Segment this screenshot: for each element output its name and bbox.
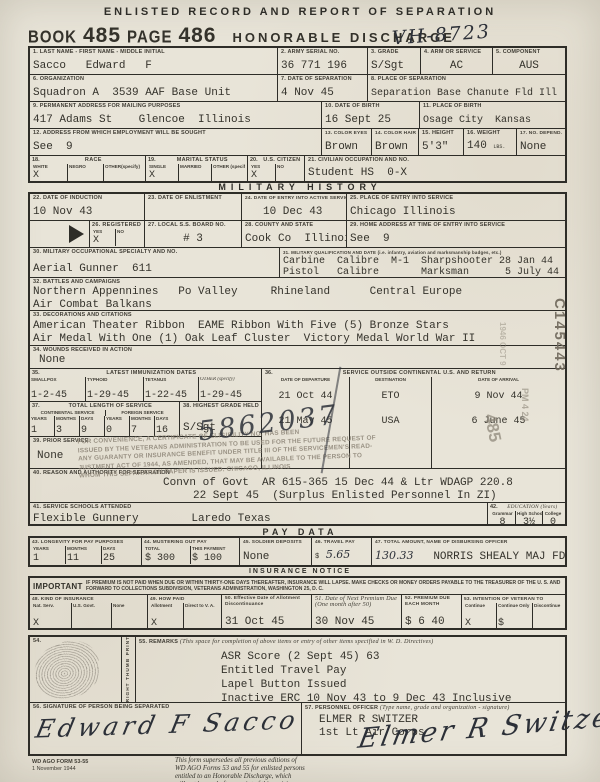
destination-2: USA [351,416,430,427]
field-reason-separation: 40. REASON AND AUTHORITY FOR SEPARATIONC… [30,469,565,502]
field-label: 22. DATE OF INDUCTION [33,195,141,202]
longevity-cols: YEARS1 MONTHS11 DAYS25 [32,546,139,564]
field-label: 24. DATE OF ENTRY INTO ACTIVE SERVICE [245,195,343,202]
field-label: 53. INTENTION OF VETERAN TO [464,596,563,603]
option-label: OTHER (specify) [213,164,244,170]
field-remarks: 55. REMARKS (This space for completion o… [136,637,565,702]
how-paid-options: AllotmentX Direct to V. A. [150,603,219,629]
field-value: None [243,551,308,564]
field-date-induction: 22. DATE OF INDUCTION10 Nov 43 [30,194,145,220]
service-outside-cols: DATE OF DEPARTURE21 Oct 4421 May 45 DEST… [262,377,565,468]
field-label: 2. ARMY SERIAL NO. [281,49,364,56]
disbursing-officer: NORRIS SHEALY MAJ FD [433,551,565,563]
field-date-birth: 10. DATE OF BIRTH16 Sept 25 [322,102,420,128]
col-other: OTHER (specify)1-29-45 [199,377,261,401]
field-value-line2: Air Combat Balkans [33,299,562,310]
race-options: WHITEX NEGRO OTHER(specify) [32,164,143,181]
remark-line: ASR Score (2 Sept 45) 63 [221,651,379,663]
field-label: 19.MARITAL STATUS [148,157,245,164]
immunization-cols: SMALLPOX1-2-45 TYPHOID1-29-45 TETANUS1-2… [30,377,261,401]
field-eyes: 13. COLOR EYESBrown [322,129,372,155]
citizen-options: YESX NO [250,164,302,181]
form-row: 48. KIND OF INSURANCE Nat. Serv.X U.S. G… [30,595,565,630]
col-value: 11 [67,553,100,564]
field-number: 20. [250,157,258,164]
field-county-state: 28. COUNTY AND STATECook Co Illinois [242,221,347,247]
option-label: Nat. Serv. [33,603,70,609]
option-label: Continue Only [498,603,531,609]
important-label: IMPORTANT [30,582,86,591]
col-college: College0 [543,511,563,526]
field-value: AC [450,60,463,73]
field-local-board: 27. LOCAL S.S. BOARD NO.# 3 [145,221,242,247]
field-value: 4 Nov 45 [281,87,364,100]
field-mos: 30. MILITARY OCCUPATIONAL SPECIALTY AND … [30,248,280,277]
col-days: DAYS25 [102,546,139,564]
field-label: 56. SIGNATURE OF PERSON BEING SEPARATED [33,704,298,711]
field-next-premium-due: 51. Date of Next Premium Due (One month … [312,595,402,630]
total-amount: 130.33 [375,549,414,562]
field-value: Separation Base Chanute Fld Ill [371,87,562,100]
form-date: 1 November 1944 [32,766,76,772]
col-value: 0 [544,517,562,526]
col-total: TOTAL$ 300 [144,546,191,564]
field-place-entry: 25. PLACE OF ENTRY INTO SERVICEChicago I… [347,194,565,220]
footer-note-line: WD AGO Forms 53 and 55 for enlisted pers… [175,765,305,772]
field-label: 29. HOME ADDRESS AT TIME OF ENTRY INTO S… [350,222,562,229]
field-label: 43. LONGEVITY FOR PAY PURPOSES [32,539,139,546]
option-no: NO [116,229,142,246]
col-months: MONTHS3 [55,416,80,436]
section-military-history: MILITARY HISTORY [0,182,600,192]
field-qualifications: 31. MILITARY QUALIFICATION AND DATE (i.e… [280,248,565,277]
field-value: # 3 [183,233,203,246]
thumb-label-strip: RIGHT THUMB PRINT [122,637,136,702]
field-date-active-service: 24. DATE OF ENTRY INTO ACTIVE SERVICE10 … [242,194,347,220]
field-value: $ 6 40 [405,616,458,629]
col-head: YEARS [33,546,64,552]
field-place-birth: 11. PLACE OF BIRTHOsage City Kansas [420,102,565,128]
field-title: U.S. CITIZEN [262,157,302,164]
option-mark: X [251,170,274,181]
col-head: SMALLPOX [31,377,84,383]
field-total-length-service: 37.TOTAL LENGTH OF SERVICE CONTINENTAL S… [30,402,180,436]
remark-line: Inactive ERC 10 Nov 43 to 9 Dec 43 Inclu… [221,693,511,702]
field-label: 11. PLACE OF BIRTH [423,103,562,110]
option-continue-only: Continue Only$ [497,603,533,629]
col-years-f: YEARS0 [105,416,130,436]
field-soldier-deposits: 45. SOLDIER DEPOSITSNone [240,538,312,565]
field-value: 10 Nov 43 [33,206,141,219]
field-label: 34. WOUNDS RECEIVED IN ACTION [33,347,562,354]
col-days-f: DAYS16 [155,416,179,436]
col-value: 7 [131,425,153,436]
field-value: Osage City Kansas [423,114,562,127]
col-head: TOTAL [145,546,189,552]
field-title: RACE [44,157,143,164]
field-citizen: 20.U.S. CITIZEN YESX NO [248,156,305,181]
field-grade: 3. GRADES/Sgt [368,48,421,74]
field-label: 32. BATTLES AND CAMPAIGNS [33,279,562,286]
option-white: WHITEX [32,164,68,181]
field-education: 42.EDUCATION (Years) Grammar8 High Schoo… [488,503,565,526]
col-head: TYPHOID [87,377,142,383]
option-label: U.S. Govt. [73,603,110,609]
option-nat-serv: Nat. Serv.X [32,603,72,629]
thumb-label: RIGHT THUMB PRINT [126,636,131,702]
field-premium-due: 52. PREMIUM DUE EACH MONTH$ 6 40 [402,595,462,630]
field-value: 36 771 196 [281,60,364,73]
field-label: 40. REASON AND AUTHORITY FOR SEPARATION [33,470,562,477]
col-arrival: DATE OF ARRIVAL9 Nov 446 June 45 [432,377,565,468]
departure-1: 21 Oct 44 [263,391,348,402]
option-other-race: OTHER(specify) [104,164,143,181]
form-row: 41. SERVICE SCHOOLS ATTENDEDFlexible Gun… [30,503,565,526]
remark-line: Entitled Travel Pay [221,665,346,677]
field-total-amount: 47. TOTAL AMOUNT, NAME OF DISBURSING OFF… [372,538,565,565]
option-us-govt: U.S. Govt. [72,603,112,629]
col-days: DAYS9 [80,416,105,436]
option-label: Allotment [151,603,182,609]
field-value-line1: Carbine Calibre M-1 Sharpshooter 28 Jan … [283,256,562,267]
form-row: 30. MILITARY OCCUPATIONAL SPECIALTY AND … [30,248,565,278]
option-direct-va: Direct to V. A. [184,603,219,629]
remark-line: Lapel Button Issued [221,679,346,691]
field-value-line1: American Theater Ribbon EAME Ribbon With… [33,320,562,333]
field-label: 27. LOCAL S.S. BOARD NO. [148,222,238,229]
field-date-enlistment: 23. DATE OF ENLISTMENT [145,194,242,220]
col-value: 0 [106,425,128,436]
education-cols: Grammar8 High School3½ College0 [490,511,563,526]
option-yes: YESX [92,229,116,246]
option-mark: X [465,618,495,629]
option-allotment: AllotmentX [150,603,184,629]
field-label: 12. ADDRESS FROM WHICH EMPLOYMENT WILL B… [33,130,318,137]
col-value: 8 [491,517,514,526]
field-service-schools: 41. SERVICE SCHOOLS ATTENDEDFlexible Gun… [30,503,488,526]
field-label: 41. SERVICE SCHOOLS ATTENDED [33,504,484,511]
option-label: None [113,603,144,609]
col-head: THIS PAYMENT [192,546,236,552]
field-value: $ 5.65 [315,548,368,564]
field-label: 45. SOLDIER DEPOSITS [243,539,308,546]
field-value: Aerial Gunner 611 [33,263,276,276]
form-row: 9. PERMANENT ADDRESS FOR MAILING PURPOSE… [30,102,565,129]
currency-sign: $ [315,553,319,561]
col-value: 25 [103,553,138,564]
col-value: $ 300 [145,553,189,564]
field-place-separation: 8. PLACE OF SEPARATIONSeparation Base Ch… [368,75,565,101]
field-number: 36. [265,370,273,377]
departure-2: 21 May 45 [263,416,348,427]
field-permanent-address: 9. PERMANENT ADDRESS FOR MAILING PURPOSE… [30,102,322,128]
field-value-line1: Northern Appennines Po Valley Rhineland … [33,286,562,299]
field-employment-address: 12. ADDRESS FROM WHICH EMPLOYMENT WILL B… [30,129,322,155]
page-number: 486 [178,24,216,48]
field-value: 140 LBS. [467,140,513,154]
field-organization: 6. ORGANIZATIONSquadron A 3539 AAF Base … [30,75,278,101]
field-title: EDUCATION (Years) [502,504,563,511]
field-kind-insurance: 48. KIND OF INSURANCE Nat. Serv.X U.S. G… [30,595,148,630]
field-battles-campaigns: 32. BATTLES AND CAMPAIGNSNorthern Appenn… [30,278,565,310]
section-insurance: INSURANCE NOTICE [0,568,600,575]
option-other-marital: OTHER (specify) [212,164,245,181]
col-head: TETANUS [145,377,197,383]
field-prior-service: 39. PRIOR SERVICENone [30,437,261,468]
field-label: 10. DATE OF BIRTH [325,103,416,110]
col-this-payment: THIS PAYMENT$ 100 [191,546,237,564]
document-subtitle-row: BOOK 485 PAGE 486 HONORABLE DISCHARGE [28,24,455,48]
form-row: 32. BATTLES AND CAMPAIGNSNorthern Appenn… [30,278,565,311]
field-value: S/Sgt [371,60,417,73]
field-title: LATEST IMMUNIZATION DATES [44,370,259,377]
destination-1: ETO [351,391,430,402]
field-label: 17. NO. DEPEND. [520,130,562,137]
field-weight: 16. WEIGHT140 LBS. [464,129,517,155]
option-mark: $ [498,618,531,629]
marital-options: SINGLEX MARRIED OTHER (specify) [148,164,245,181]
field-label: 14. COLOR HAIR [375,130,415,137]
col-value: 1 [33,553,64,564]
travel-pay-amount: 5.65 [326,548,351,561]
col-months-f: MONTHS7 [130,416,155,436]
officer-name: ELMER R SWITZER [305,714,562,727]
col-value: 9 [81,425,103,436]
field-registered: 26. REGISTERED YESX NO [90,221,145,247]
field-value: None [33,354,562,367]
col-departure: DATE OF DEPARTURE21 Oct 4421 May 45 [262,377,350,468]
col-head: DATE OF DEPARTURE [263,377,348,383]
military-history-block: 22. DATE OF INDUCTION10 Nov 43 23. DATE … [28,192,567,526]
field-hair: 14. COLOR HAIRBrown [372,129,419,155]
form-row: 6. ORGANIZATIONSquadron A 3539 AAF Base … [30,75,565,102]
option-label: NO [277,164,301,170]
service-cols: YEARS1 MONTHS3 DAYS9 YEARS0 MONTHS7 DAYS… [30,416,179,436]
col-value: $ 100 [192,553,236,564]
col-head: YEARS [31,416,53,422]
field-label: 18.RACE [32,157,143,164]
field-label: 6. ORGANIZATION [33,76,274,83]
footer-note: This form supersedes all previous editio… [175,757,305,782]
field-title: 26. REGISTERED [92,222,142,229]
col-typhoid: TYPHOID1-29-45 [86,377,144,401]
field-label: 25. PLACE OF ENTRY INTO SERVICE [350,195,562,202]
field-allotment-discontinuance: 50. Effective Date of Allotment Disconti… [222,595,312,630]
col-months: MONTHS11 [66,546,102,564]
field-label: 1. LAST NAME - FIRST NAME - MIDDLE INITI… [33,49,274,56]
col-head: MONTHS [67,546,100,552]
field-home-address-entry: 29. HOME ADDRESS AT TIME OF ENTRY INTO S… [347,221,565,247]
col-highschool: High School3½ [516,511,543,526]
field-longevity: 43. LONGEVITY FOR PAY PURPOSES YEARS1 MO… [30,538,142,565]
page-label: PAGE [127,28,172,48]
left-column: 35.LATEST IMMUNIZATION DATES SMALLPOX1-2… [30,369,262,468]
insurance-block: IMPORTANT IF PREMIUM IS NOT PAID WHEN DU… [28,576,567,630]
field-label: 49. HOW PAID [150,596,219,603]
signatures-row: 56. SIGNATURE OF PERSON BEING SEPARATED … [30,703,565,755]
col-value: 3 [56,425,78,436]
field-height: 15. HEIGHT5'3" [419,129,464,155]
remarks-label: 55. REMARKS [139,639,178,645]
option-mark: X [33,170,66,181]
option-label: Discontinue [534,603,562,609]
important-text: IF PREMIUM IS NOT PAID WHEN DUE OR WITHI… [86,580,565,592]
option-mark: X [149,170,177,181]
option-mark: X [151,618,182,629]
col-head: DAYS [103,546,138,552]
field-label: 4. ARM OR SERVICE [424,49,489,56]
field-label: 16. WEIGHT [467,130,513,137]
col-value: 1 [31,425,53,436]
selective-service-cell [30,221,90,247]
field-label: 36.SERVICE OUTSIDE CONTINENTAL U.S. AND … [262,369,565,377]
field-label: 55. REMARKS (This space for completion o… [139,638,562,646]
field-travel-pay: 46. TRAVEL PAY$ 5.65 [312,538,372,565]
pay-data-block: 43. LONGEVITY FOR PAY PURPOSES YEARS1 MO… [28,536,567,567]
field-label: 57. PERSONNEL OFFICER (Type name, grade … [305,704,562,712]
field-highest-grade: 38. HIGHEST GRADE HELDS/Sgt [180,402,261,436]
field-number: 35. [32,370,40,377]
field-value: Student HS 0-X [308,167,562,180]
field-value-line1: Convn of Govt AR 615-365 15 Dec 44 & Ltr… [163,477,513,490]
field-label: 50. Effective Date of Allotment Disconti… [225,596,308,607]
form-row: 40. REASON AND AUTHORITY FOR SEPARATIONC… [30,469,565,503]
field-title: SERVICE OUTSIDE CONTINENTAL U.S. AND RET… [277,370,562,377]
officer-label: 57. PERSONNEL OFFICER [305,705,378,711]
field-value: Brown [375,141,415,154]
option-mark: X [93,235,114,246]
col-head: DAYS [81,416,103,422]
field-dependents: 17. NO. DEPEND.None [517,129,565,155]
form-row: 22. DATE OF INDUCTION10 Nov 43 23. DATE … [30,194,565,221]
col-head: DAYS [156,416,178,422]
field-number: 37. [32,403,40,410]
col-head: DESTINATION [351,377,430,383]
col-years: YEARS1 [32,546,66,564]
field-value: Flexible Gunnery Laredo Texas [33,513,484,526]
field-value: 30 Nov 45 [315,616,398,629]
col-years: YEARS1 [30,416,55,436]
field-wounds: 34. WOUNDS RECEIVED IN ACTIONNone [30,346,565,368]
field-service-outside-us: 36.SERVICE OUTSIDE CONTINENTAL U.S. AND … [262,369,565,468]
col-head: YEARS [106,416,128,422]
field-label: 47. TOTAL AMOUNT, NAME OF DISBURSING OFF… [375,539,562,546]
col-smallpox: SMALLPOX1-2-45 [30,377,86,401]
arrow-right-icon [69,225,84,243]
footer-note-line: This form supersedes all previous editio… [175,757,297,764]
option-label: Continue [465,603,495,609]
option-yes: YESX [250,164,276,181]
field-label: 28. COUNTY AND STATE [245,222,343,229]
field-label: 39. PRIOR SERVICE [33,438,258,445]
arrival-2: 6 June 45 [433,416,564,427]
field-title: TOTAL LENGTH OF SERVICE [44,403,177,410]
field-arm-service: 4. ARM OR SERVICEAC [421,48,493,74]
field-signature-separated: 56. SIGNATURE OF PERSON BEING SEPARATED [30,703,302,755]
field-label: 44. MUSTERING OUT PAY [144,539,237,546]
insurance-kind-options: Nat. Serv.X U.S. Govt. None [32,603,145,629]
option-married: MARRIED [179,164,212,181]
field-value: See 9 [33,141,318,154]
field-value: See 9 [350,233,562,246]
option-label: MARRIED [180,164,210,170]
field-date-separation: 7. DATE OF SEPARATION4 Nov 45 [278,75,368,101]
service-length-row: 37.TOTAL LENGTH OF SERVICE CONTINENTAL S… [30,402,261,437]
option-mark: X [33,618,70,629]
insurance-important-row: IMPORTANT IF PREMIUM IS NOT PAID WHEN DU… [30,578,565,595]
field-value: 16 Sept 25 [325,114,416,127]
form-row: 34. WOUNDS RECEIVED IN ACTIONNone [30,346,565,369]
field-label: 8. PLACE OF SEPARATION [371,76,562,83]
field-label: 46. TRAVEL PAY [315,539,368,546]
option-label: NO [117,229,141,235]
option-negro: NEGRO [68,164,104,181]
field-label: 26. REGISTERED [92,222,142,229]
field-value: S/Sgt [183,422,258,435]
field-immunization: 35.LATEST IMMUNIZATION DATES SMALLPOX1-2… [30,369,261,402]
col-tetanus: TETANUS1-22-45 [144,377,199,401]
field-value-line2: 22 Sept 45 (Surplus Enlisted Personnel I… [193,490,497,502]
field-marital-status: 19.MARITAL STATUS SINGLEX MARRIED OTHER … [146,156,248,181]
field-number: 18. [32,157,40,164]
field-value: 130.33 NORRIS SHEALY MAJ FD [375,549,562,564]
field-civilian-occupation: 21. CIVILIAN OCCUPATION AND NO.Student H… [305,156,565,181]
registered-options: YESX NO [92,229,142,246]
field-label: 20.U.S. CITIZEN [250,157,302,164]
field-label: 31. MILITARY QUALIFICATION AND DATE (i.e… [283,249,562,256]
field-label: 23. DATE OF ENLISTMENT [148,195,238,202]
officer-grade: 1st Lt Air Corps [305,727,562,740]
subtitle: HONORABLE DISCHARGE [233,30,455,45]
field-label: 42.EDUCATION (Years) [490,504,563,511]
field-label: 5. COMPONENT [496,49,562,56]
discharge-document: ENLISTED RECORD AND REPORT OF SEPARATION… [0,0,600,782]
form-row: 26. REGISTERED YESX NO 27. LOCAL S.S. BO… [30,221,565,248]
arrival-1: 9 Nov 44 [433,391,564,402]
form-row: 33. DECORATIONS AND CITATIONSAmerican Th… [30,311,565,346]
col-value: 16 [156,425,178,436]
form-row-composite: 35.LATEST IMMUNIZATION DATES SMALLPOX1-2… [30,369,565,469]
field-value: 31 Oct 45 [225,616,308,629]
field-label: 35.LATEST IMMUNIZATION DATES [30,369,261,377]
field-race: 18.RACE WHITEX NEGRO OTHER(specify) [30,156,146,181]
field-value: 10 Dec 43 [245,206,343,219]
option-none: None [112,603,145,629]
field-value: None [520,141,562,154]
form-number-text: WD AGO FORM 53-55 [32,759,88,765]
book-label: BOOK [28,28,77,48]
form-row: 18.RACE WHITEX NEGRO OTHER(specify) 19.M… [30,156,565,181]
form-row: 1. LAST NAME - FIRST NAME - MIDDLE INITI… [30,48,565,75]
field-intention-veteran: 53. INTENTION OF VETERAN TO ContinueX Co… [462,595,565,630]
col-head: MONTHS [131,416,153,422]
col-destination: DESTINATIONETOUSA [350,377,432,468]
field-how-paid: 49. HOW PAID AllotmentX Direct to V. A. [148,595,222,630]
field-label: 13. COLOR EYES [325,130,368,137]
form-row: 12. ADDRESS FROM WHICH EMPLOYMENT WILL B… [30,129,565,156]
footer-note-line: entitled to an Honorable Discharge, whic… [175,773,291,780]
remarks-lines: ASR Score (2 Sept 45) 63Entitled Travel … [139,650,562,702]
field-number: 42. [490,504,498,511]
field-label: 37.TOTAL LENGTH OF SERVICE [30,402,179,410]
field-value: Squadron A 3539 AAF Base Unit [33,87,274,100]
col-value: 1-2-45 [31,390,84,401]
remarks-note: (This space for completion of above item… [180,638,433,645]
col-head: MONTHS [56,416,78,422]
col-value: 3½ [517,517,541,526]
col-head: DATE OF ARRIVAL [433,377,564,383]
option-label: NEGRO [69,164,102,170]
